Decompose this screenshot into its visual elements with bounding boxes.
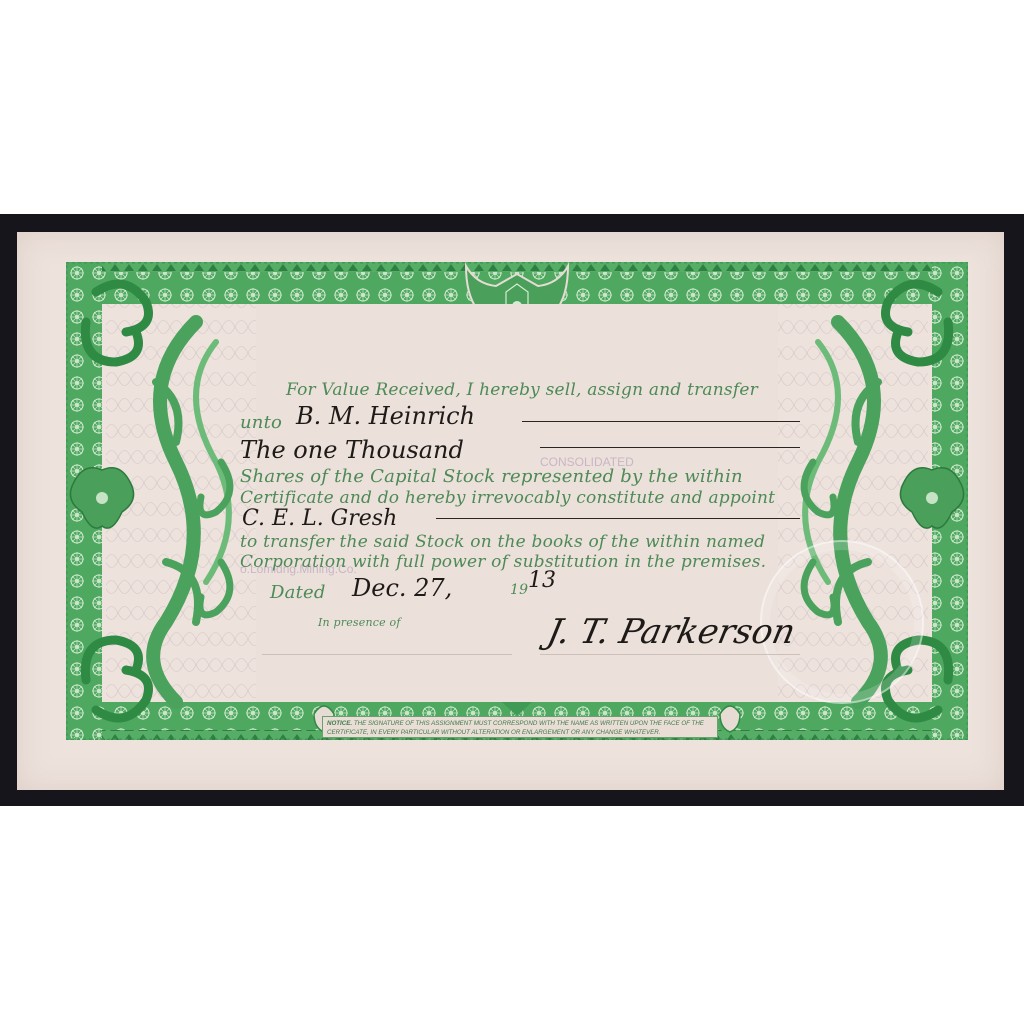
printed-in-presence-of: In presence of [318, 616, 401, 629]
year-suffix: 13 [528, 568, 556, 593]
signature: J. T. Parkerson [544, 612, 799, 652]
shares-amount: The one Thousand [240, 436, 464, 464]
signature-line [540, 654, 800, 655]
printed-certificate-appoint: Certificate and do hereby irrevocably co… [240, 488, 775, 508]
assignee-line [522, 421, 800, 422]
printed-dated: Dated [270, 582, 326, 603]
attorney-line [436, 518, 800, 519]
printed-for-value-received: For Value Received, I hereby sell, assig… [286, 380, 758, 400]
printed-shares-of-capital-stock: Shares of the Capital Stock represented … [240, 466, 743, 487]
assignee-name: B. M. Heinrich [296, 402, 475, 430]
date-value: Dec. 27, [352, 574, 452, 602]
witness-line [262, 654, 512, 655]
printed-unto: unto [240, 412, 282, 433]
notice-text: The signature of this assignment must co… [327, 720, 704, 736]
notice-label: NOTICE. [327, 720, 352, 727]
printed-transfer-said-stock: to transfer the said Stock on the books … [240, 532, 765, 552]
notice-strip: NOTICE. The signature of this assignment… [322, 716, 718, 738]
shares-line [540, 447, 800, 448]
printed-corporation-substitution: Corporation with full power of substitut… [240, 552, 766, 572]
attorney-name: C. E. L. Gresh [242, 506, 397, 531]
printed-year-prefix: 19 [510, 582, 528, 598]
